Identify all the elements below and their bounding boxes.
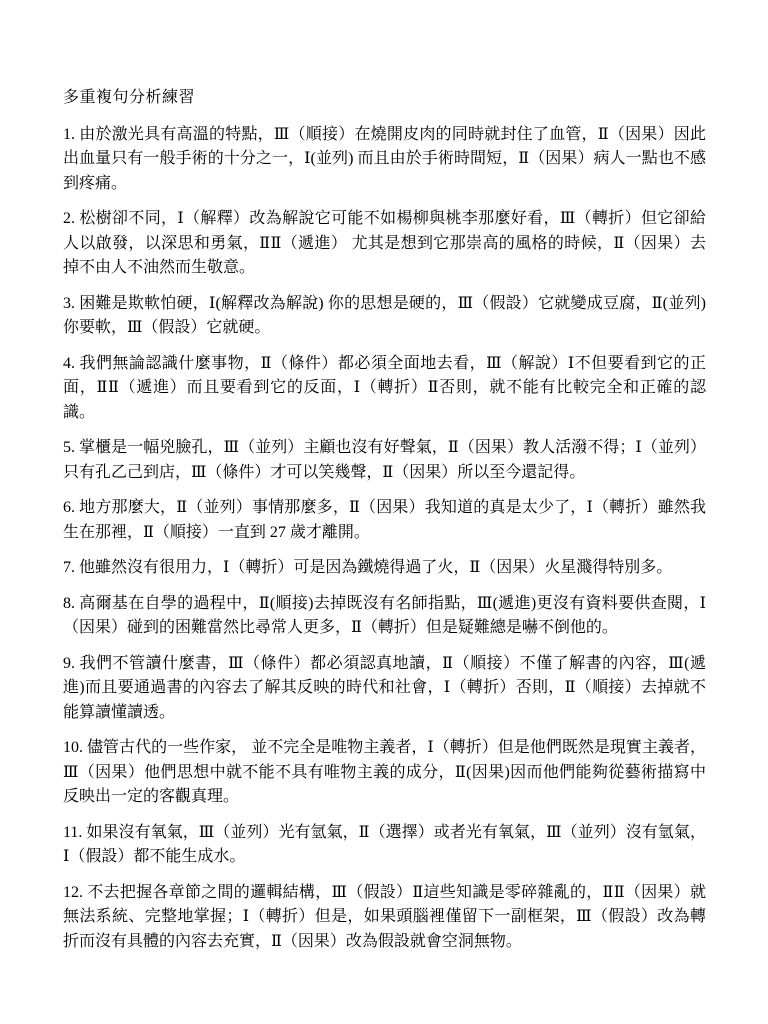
exercise-paragraph-2: 2. 松樹卻不同，Ⅰ（解釋）改為解說它可能不如楊柳與桃李那麼好看，Ⅲ（轉折）但它…	[63, 207, 706, 281]
exercise-paragraph-7: 7. 他雖然沒有很用力，Ⅰ（轉折）可是因為鐵燒得過了火，Ⅱ（因果）火星濺得特別多…	[63, 556, 706, 581]
exercise-paragraph-8: 8. 高爾基在自學的過程中，Ⅱ(順接)去掉既沒有名師指點，Ⅲ(遞進)更沒有資料要…	[63, 592, 706, 641]
exercise-paragraph-5: 5. 掌櫃是一幅兇臉孔，Ⅲ（並列）主顧也沒有好聲氣，Ⅱ（因果）教人活潑不得；Ⅰ（…	[63, 436, 706, 485]
exercise-paragraph-6: 6. 地方那麼大，Ⅱ（並列）事情那麼多，Ⅱ（因果）我知道的真是太少了，Ⅰ（轉折）…	[63, 496, 706, 545]
exercise-paragraph-11: 11. 如果沒有氧氣，Ⅲ（並列）光有氫氣，Ⅱ（選擇）或者光有氧氣，Ⅲ（並列）沒有…	[63, 821, 706, 870]
exercise-paragraph-1: 1. 由於激光具有高溫的特點，Ⅲ（順接）在燒開皮肉的同時就封住了血管，Ⅱ（因果）…	[63, 123, 706, 197]
exercise-paragraph-9: 9. 我們不管讀什麼書，Ⅲ（條件）都必須認真地讀，Ⅱ（順接）不僅了解書的內容，Ⅲ…	[63, 652, 706, 726]
document-title: 多重複句分析練習	[63, 86, 706, 111]
exercise-paragraph-3: 3. 困難是欺軟怕硬，Ⅰ(解釋改為解說) 你的思想是硬的，Ⅲ（假設）它就變成豆腐…	[63, 292, 706, 341]
exercise-paragraph-12: 12. 不去把握各章節之間的邏輯結構，Ⅲ（假設）Ⅱ這些知識是零碎雜亂的，ⅡⅡ（因…	[63, 881, 706, 955]
document-page: 多重複句分析練習 1. 由於激光具有高溫的特點，Ⅲ（順接）在燒開皮肉的同時就封住…	[0, 0, 768, 1024]
exercise-paragraph-4: 4. 我們無論認識什麼事物，Ⅱ（條件）都必須全面地去看，Ⅲ（解說）Ⅰ不但要看到它…	[63, 352, 706, 426]
exercise-paragraph-10: 10. 儘管古代的一些作家， 並不完全是唯物主義者，Ⅰ（轉折）但是他們既然是現實…	[63, 736, 706, 810]
